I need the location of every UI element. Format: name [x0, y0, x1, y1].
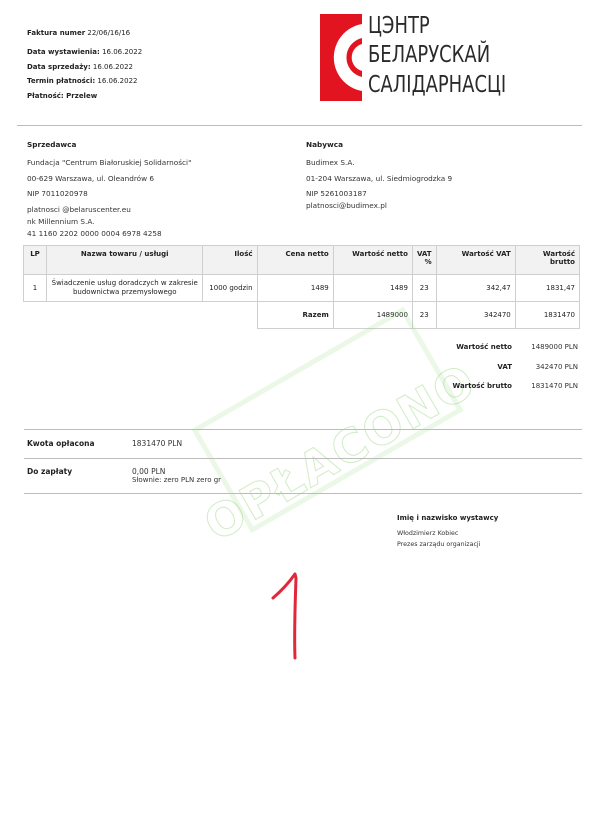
- col-vat-value: Wartość VAT: [436, 246, 515, 275]
- col-net-value: Wartość netto: [333, 246, 412, 275]
- buyer-label: Nabywca: [306, 140, 452, 149]
- total-vat-pct: 23: [412, 302, 436, 329]
- due-date: Termin płatności: 16.06.2022: [27, 77, 142, 85]
- buyer-block: Nabywca Budimex S.A. 01-204 Warszawa, ul…: [306, 140, 452, 213]
- items-table: LP Nazwa towaru / usługi Ilość Cena nett…: [23, 245, 580, 329]
- logo-text-line1: ЦЭНТР: [368, 15, 430, 38]
- paid-label: Kwota opłacona: [27, 439, 95, 448]
- row-vat-value: 342,47: [436, 275, 515, 302]
- seller-label: Sprzedawca: [27, 140, 191, 149]
- summary-net: Wartość netto 1489000 PLN: [392, 343, 578, 351]
- payment-method-label: Płatność:: [27, 92, 64, 100]
- row-net-price: 1489: [257, 275, 333, 302]
- issuer-name: Włodzimierz Kobiec: [397, 530, 498, 537]
- due-label: Do zapłaty: [27, 467, 72, 476]
- logo-text-line2: БЕЛАРУСКАЙ: [368, 44, 490, 67]
- table-header-row: LP Nazwa towaru / usługi Ilość Cena nett…: [24, 246, 580, 275]
- row-net-value: 1489: [333, 275, 412, 302]
- logo-mark-icon: [320, 14, 362, 101]
- invoice-number: Faktura numer 22/06/16/16: [27, 29, 142, 37]
- due-date-value: 16.06.2022: [97, 77, 137, 85]
- buyer-nip: NIP 5261003187: [306, 189, 452, 198]
- total-label: Razem: [257, 302, 333, 329]
- total-vat-value: 342470: [436, 302, 515, 329]
- organization-logo: ЦЭНТР БЕЛАРУСКАЙ САЛІДАРНАСЦІ: [320, 14, 505, 104]
- issue-date: Data wystawienia: 16.06.2022: [27, 48, 142, 56]
- summary-totals: Wartość netto 1489000 PLN VAT 342470 PLN…: [392, 343, 578, 402]
- summary-vat: VAT 342470 PLN: [392, 363, 578, 371]
- table-total-row: Razem 1489000 23 342470 1831470: [24, 302, 580, 329]
- col-lp: LP: [24, 246, 47, 275]
- seller-block: Sprzedawca Fundacja "Centrum Białoruskie…: [27, 140, 191, 241]
- paid-value: 1831470 PLN: [132, 439, 182, 448]
- row-vat-pct: 23: [412, 275, 436, 302]
- sale-date-label: Data sprzedaży:: [27, 63, 91, 71]
- summary-gross-label: Wartość brutto: [392, 382, 512, 390]
- seller-bank: nk Millennium S.A.: [27, 217, 191, 226]
- total-gross: 1831470: [515, 302, 579, 329]
- buyer-name: Budimex S.A.: [306, 158, 452, 167]
- issuer-label: Imię i nazwisko wystawcy: [397, 514, 498, 522]
- col-qty: Ilość: [203, 246, 257, 275]
- col-net-price: Cena netto: [257, 246, 333, 275]
- sale-date: Data sprzedaży: 16.06.2022: [27, 63, 142, 71]
- table-row: 1 Świadczenie usług doradczych w zakresi…: [24, 275, 580, 302]
- summary-vat-label: VAT: [392, 363, 512, 371]
- col-vat-pct: VAT%: [412, 246, 436, 275]
- col-gross: Wartośćbrutto: [515, 246, 579, 275]
- seller-name: Fundacja "Centrum Białoruskiej Solidarno…: [27, 158, 191, 167]
- summary-net-value: 1489000 PLN: [512, 343, 578, 351]
- summary-gross-value: 1831470 PLN: [512, 382, 578, 390]
- due-date-label: Termin płatności:: [27, 77, 95, 85]
- amount-in-words: Słownie: zero PLN zero gr: [132, 477, 221, 484]
- seller-email: platnosci @belaruscenter.eu: [27, 205, 191, 214]
- summary-gross: Wartość brutto 1831470 PLN: [392, 382, 578, 390]
- divider: [24, 429, 582, 430]
- summary-net-label: Wartość netto: [392, 343, 512, 351]
- invoice-meta: Faktura numer 22/06/16/16 Data wystawien…: [27, 29, 142, 106]
- divider: [17, 125, 582, 126]
- handwritten-number-one-icon: [268, 568, 308, 663]
- issuer-position: Prezes zarządu organizacji: [397, 541, 498, 548]
- issue-date-value: 16.06.2022: [102, 48, 142, 56]
- divider: [24, 493, 582, 494]
- row-name: Świadczenie usług doradczych w zakresieb…: [47, 275, 203, 302]
- issue-date-label: Data wystawienia:: [27, 48, 100, 56]
- invoice-number-label: Faktura numer: [27, 29, 85, 37]
- row-gross: 1831,47: [515, 275, 579, 302]
- due-value: 0,00 PLN: [132, 467, 165, 476]
- row-lp: 1: [24, 275, 47, 302]
- payment-method: Płatność: Przelew: [27, 92, 142, 100]
- summary-vat-value: 342470 PLN: [512, 363, 578, 371]
- issuer-block: Imię i nazwisko wystawcy Włodzimierz Kob…: [397, 514, 498, 551]
- divider: [24, 458, 582, 459]
- seller-nip: NIP 7011020978: [27, 189, 191, 198]
- logo-text-line3: САЛІДАРНАСЦІ: [368, 74, 506, 97]
- buyer-email: platnosci@budimex.pl: [306, 201, 452, 210]
- sale-date-value: 16.06.2022: [93, 63, 133, 71]
- seller-account: 41 1160 2202 0000 0004 6978 4258: [27, 229, 191, 238]
- buyer-address: 01-204 Warszawa, ul. Siedmiogrodzka 9: [306, 174, 452, 183]
- payment-method-value: Przelew: [66, 92, 97, 100]
- seller-address: 00-629 Warszawa, ul. Oleandrów 6: [27, 174, 191, 183]
- invoice-number-value: 22/06/16/16: [87, 29, 130, 37]
- row-qty: 1000 godzin: [203, 275, 257, 302]
- col-name: Nazwa towaru / usługi: [47, 246, 203, 275]
